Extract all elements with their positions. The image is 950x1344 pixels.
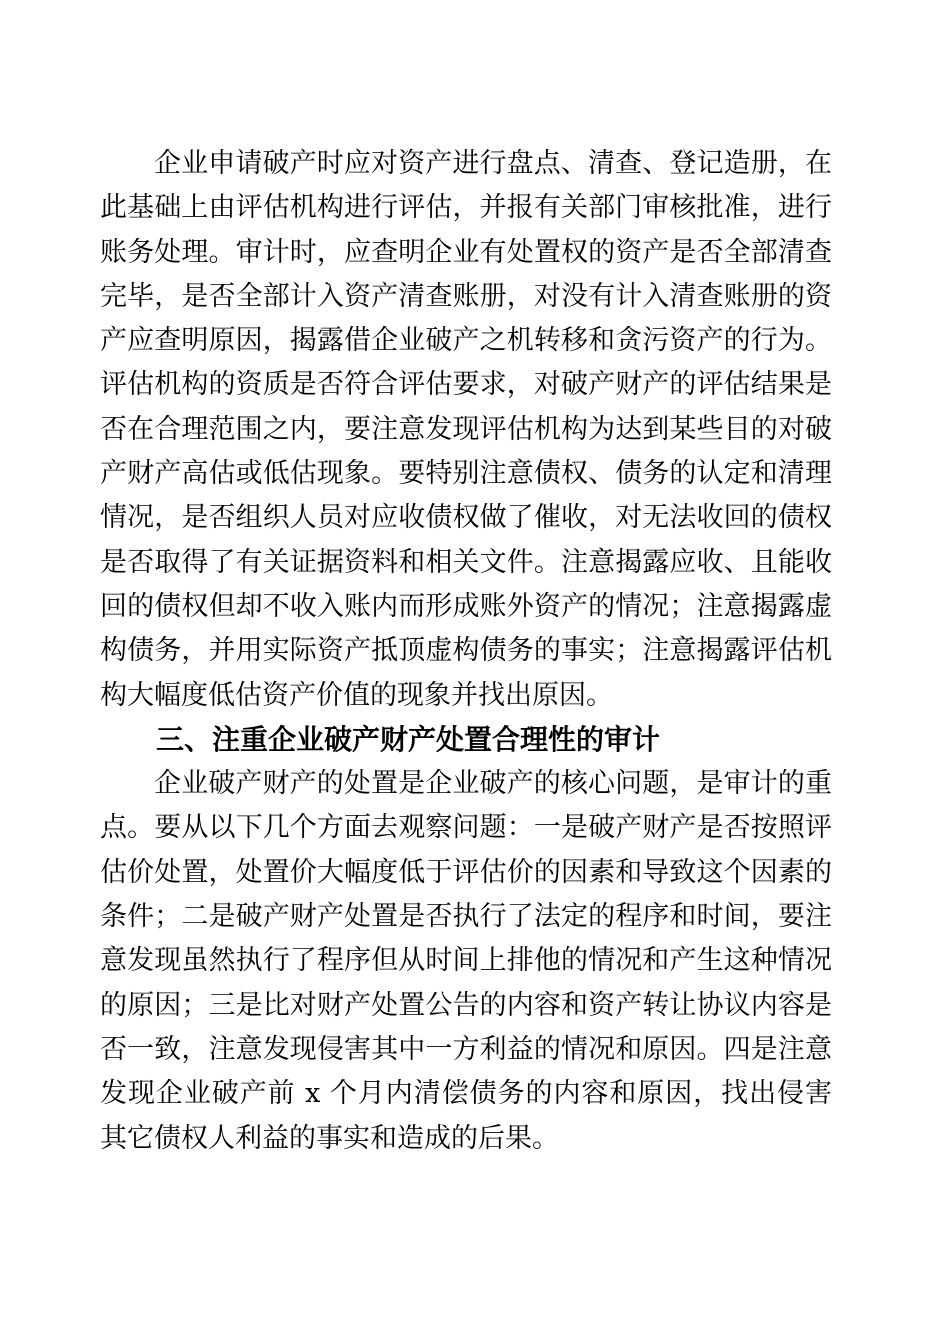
document-text-block: 企业申请破产时应对资产进行盘点、清查、登记造册，在此基础上由评估机构进行评估，并… [100, 142, 832, 1161]
section-heading-disposal-audit: 三、注重企业破产财产处置合理性的审计 [100, 718, 832, 762]
paragraph-disposal-audit: 企业破产财产的处置是企业破产的核心问题，是审计的重点。要从以下几个方面去观察问题… [100, 762, 832, 1161]
paragraph-asset-audit: 企业申请破产时应对资产进行盘点、清查、登记造册，在此基础上由评估机构进行评估，并… [100, 142, 832, 718]
document-page: 企业申请破产时应对资产进行盘点、清查、登记造册，在此基础上由评估机构进行评估，并… [0, 0, 950, 1344]
